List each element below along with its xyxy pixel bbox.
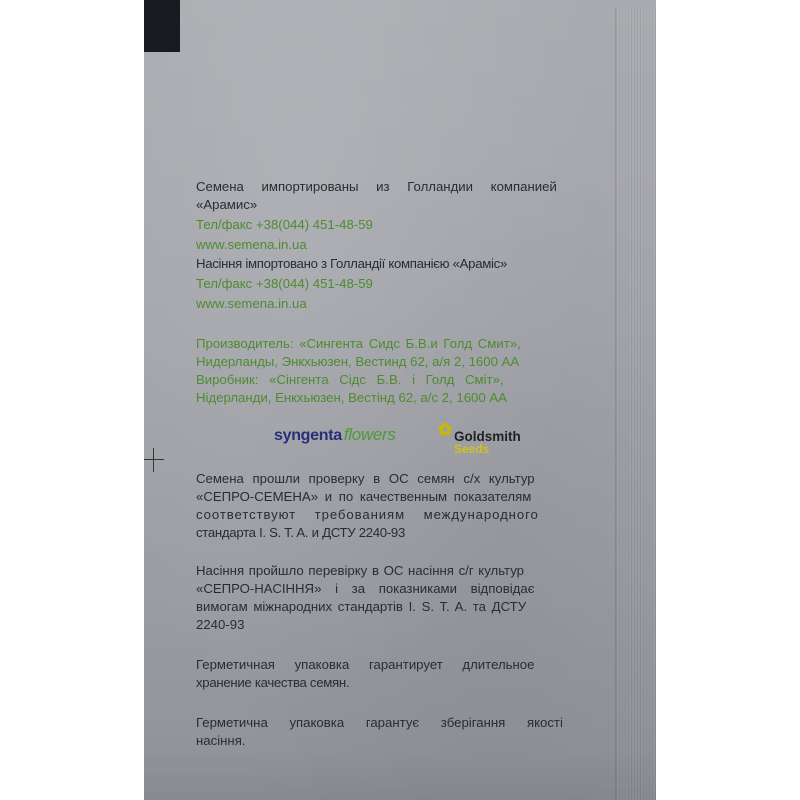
cert-ua-line: «СЕПРО-НАСІННЯ» і за показниками відпові… [196, 580, 602, 598]
goldsmith-seeds-logo: ✿ Seeds Goldsmith [438, 421, 538, 455]
certification-ua: Насіння пройшло перевірку в ОС насіння с… [196, 562, 602, 634]
syngenta-wordmark: syngenta [274, 427, 342, 444]
packaging-ua: Герметична упаковка гарантує зберігання … [196, 714, 602, 750]
importer-ua-text: Насіння імпортовано з Голландії компаніє… [196, 255, 602, 273]
packaging-ru-line: хранение качества семян. [196, 674, 602, 692]
register-mark-horizontal [144, 459, 164, 460]
packaging-ru-line: Герметичная упаковка гарантирует длитель… [196, 656, 602, 674]
cert-ua-line: 2240-93 [196, 616, 602, 634]
syngenta-flowers-logo: syngentaflowers [274, 426, 396, 445]
importer-ua-phone: Тел/факс +38(044) 451-48-59 [196, 275, 602, 293]
cert-ua-line: вимогам міжнародних стандартів I. S. T. … [196, 598, 602, 616]
cert-ru-line: стандарта I. S. T. A. и ДСТУ 2240-93 [196, 524, 602, 542]
importer-ru-line2: «Арамис» [196, 196, 602, 214]
importer-ru-line1: Семена импортированы из Голландии компан… [196, 178, 602, 196]
importer-ru-website: www.semena.in.ua [196, 236, 602, 254]
cert-ru-line: «СЕПРО-СЕМЕНА» и по качественным показат… [196, 488, 602, 506]
packet-text-content: Семена импортированы из Голландии компан… [196, 178, 602, 750]
importer-ua-website: www.semena.in.ua [196, 295, 602, 313]
cert-ru-line: Семена прошли проверку в ОС семян с/х ку… [196, 470, 602, 488]
manufacturer-ua-line2: Нідерланди, Енкхьюзен, Вестінд 62, а/с 2… [196, 389, 602, 407]
brand-logos: syngentaflowers ✿ Seeds Goldsmith [196, 417, 602, 457]
cert-ua-line: Насіння пройшло перевірку в ОС насіння с… [196, 562, 602, 580]
manufacturer-ua-line1: Виробник: «Сінгента Сідс Б.В. і Голд Смі… [196, 371, 602, 389]
right-seal-strip [615, 8, 656, 800]
flowers-wordmark: flowers [344, 425, 396, 444]
black-corner-tab [144, 0, 180, 52]
manufacturer-ru-line2: Нидерланды, Энкхьюзен, Вестинд 62, а/я 2… [196, 353, 602, 371]
manufacturer-ru-line1: Производитель: «Сингента Сидс Б.В.и Голд… [196, 335, 602, 353]
goldsmith-flower-icon: ✿ [438, 421, 452, 439]
importer-section: Семена импортированы из Голландии компан… [196, 178, 602, 313]
certification-ru: Семена прошли проверку в ОС семян с/х ку… [196, 470, 602, 542]
bottom-seal-strip [144, 750, 656, 800]
importer-ru-phone: Тел/факс +38(044) 451-48-59 [196, 216, 602, 234]
manufacturer-section: Производитель: «Сингента Сидс Б.В.и Голд… [196, 335, 602, 407]
cert-ru-line: соответствуют требованиям международного [196, 506, 602, 524]
packaging-ua-line: насіння. [196, 732, 602, 750]
packaging-ru: Герметичная упаковка гарантирует длитель… [196, 656, 602, 692]
registration-cross-mark [144, 448, 164, 472]
register-mark-vertical [153, 448, 154, 472]
goldsmith-wordmark: Goldsmith [454, 428, 521, 446]
packaging-ua-line: Герметична упаковка гарантує зберігання … [196, 714, 602, 732]
